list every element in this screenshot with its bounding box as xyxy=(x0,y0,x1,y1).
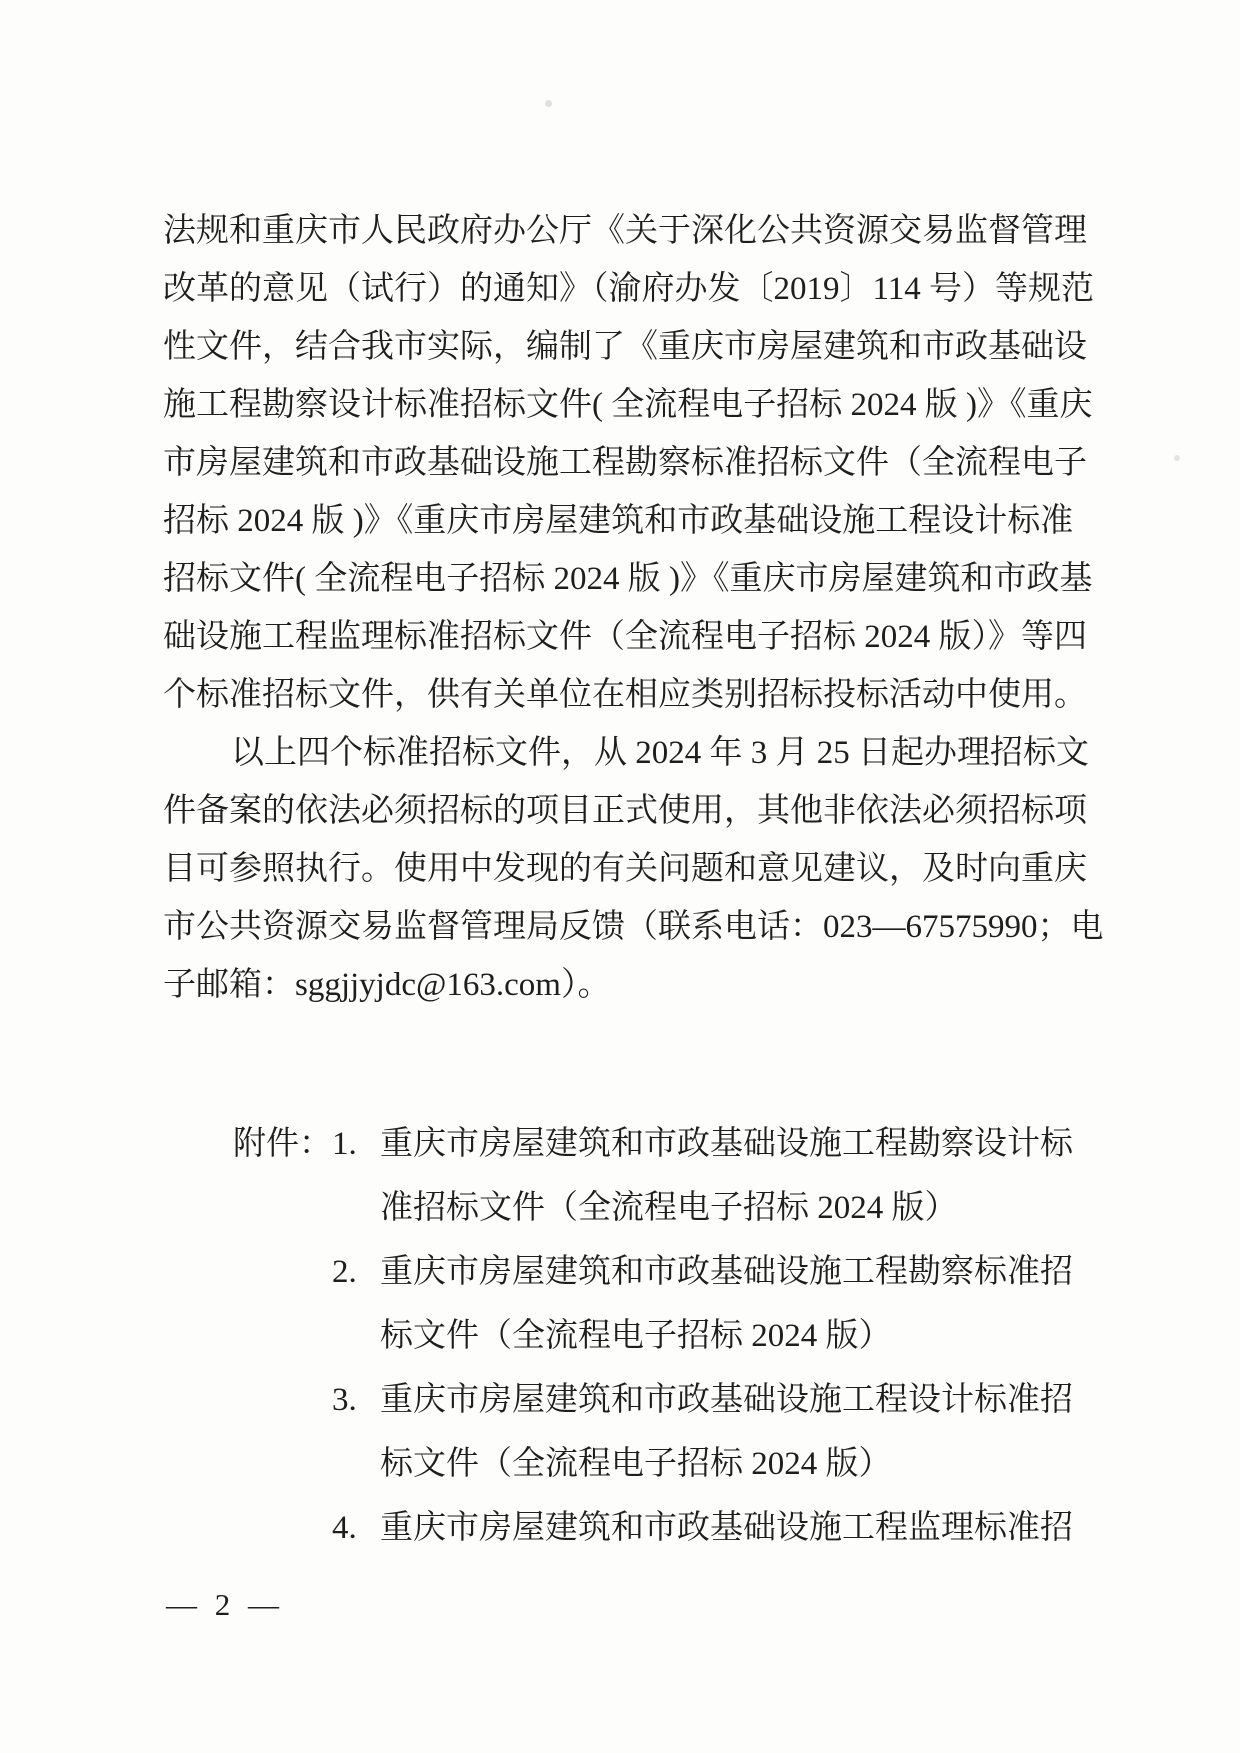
attachment-item: 2.重庆市房屋建筑和市政基础设施工程勘察标准招标文件（全流程电子招标 2024 … xyxy=(332,1240,1073,1368)
attachment-item-line: 准招标文件（全流程电子招标 2024 版） xyxy=(380,1176,1073,1240)
body-line: 招标文件( 全流程电子招标 2024 版 )》《重庆市房屋建筑和市政基 xyxy=(163,550,1113,608)
attachment-item-line: 重庆市房屋建筑和市政基础设施工程监理标准招 xyxy=(380,1496,1073,1560)
attachments-section: 附件： 1.重庆市房屋建筑和市政基础设施工程勘察设计标准招标文件（全流程电子招标… xyxy=(233,1112,1073,1560)
attachment-item-number: 2. xyxy=(332,1240,380,1304)
attachment-item-line: 重庆市房屋建筑和市政基础设施工程勘察标准招 xyxy=(380,1240,1073,1304)
body-line: 础设施工程监理标准招标文件（全流程电子招标 2024 版）》等四 xyxy=(163,608,1113,666)
document-body: 法规和重庆市人民政府办公厅《关于深化公共资源交易监督管理改革的意见（试行）的通知… xyxy=(163,202,1113,1014)
scan-speck xyxy=(545,100,552,107)
scan-speck xyxy=(1054,1148,1059,1153)
body-line: 市公共资源交易监督管理局反馈（联系电话：023—67575990；电 xyxy=(163,898,1113,956)
page-number: — 2 — xyxy=(166,1583,284,1627)
attachment-item-line: 标文件（全流程电子招标 2024 版） xyxy=(380,1432,1073,1496)
document-page: 法规和重庆市人民政府办公厅《关于深化公共资源交易监督管理改革的意见（试行）的通知… xyxy=(0,0,1240,1753)
body-line: 子邮箱：sggjjyjdc@163.com）。 xyxy=(163,956,1113,1014)
attachment-item-line: 重庆市房屋建筑和市政基础设施工程勘察设计标 xyxy=(380,1112,1073,1176)
attachment-item-lines: 重庆市房屋建筑和市政基础设施工程勘察标准招标文件（全流程电子招标 2024 版） xyxy=(380,1240,1073,1368)
attachment-item-number: 4. xyxy=(332,1496,380,1560)
body-line: 招标 2024 版 )》《重庆市房屋建筑和市政基础设施工程设计标准 xyxy=(163,492,1113,550)
attachment-item: 4.重庆市房屋建筑和市政基础设施工程监理标准招 xyxy=(332,1496,1073,1560)
body-line: 改革的意见（试行）的通知》（渝府办发〔2019〕114 号）等规范 xyxy=(163,260,1113,318)
attachment-item-number: 3. xyxy=(332,1368,380,1432)
body-line: 以上四个标准招标文件，从 2024 年 3 月 25 日起办理招标文 xyxy=(163,724,1113,782)
attachment-item-line: 重庆市房屋建筑和市政基础设施工程设计标准招 xyxy=(380,1368,1073,1432)
body-line: 市房屋建筑和市政基础设施工程勘察标准招标文件（全流程电子 xyxy=(163,434,1113,492)
attachment-item-line: 标文件（全流程电子招标 2024 版） xyxy=(380,1304,1073,1368)
attachment-item-lines: 重庆市房屋建筑和市政基础设施工程监理标准招 xyxy=(380,1496,1073,1560)
body-line: 件备案的依法必须招标的项目正式使用，其他非依法必须招标项 xyxy=(163,782,1113,840)
body-line: 目可参照执行。使用中发现的有关问题和意见建议，及时向重庆 xyxy=(163,840,1113,898)
attachment-item-lines: 重庆市房屋建筑和市政基础设施工程勘察设计标准招标文件（全流程电子招标 2024 … xyxy=(380,1112,1073,1240)
attachment-item-number: 1. xyxy=(332,1112,380,1176)
attachment-item: 3.重庆市房屋建筑和市政基础设施工程设计标准招标文件（全流程电子招标 2024 … xyxy=(332,1368,1073,1496)
body-line: 施工程勘察设计标准招标文件( 全流程电子招标 2024 版 )》《重庆 xyxy=(163,376,1113,434)
body-line: 个标准招标文件，供有关单位在相应类别招标投标活动中使用。 xyxy=(163,666,1113,724)
attachment-items: 1.重庆市房屋建筑和市政基础设施工程勘察设计标准招标文件（全流程电子招标 202… xyxy=(332,1112,1073,1560)
attachment-item-lines: 重庆市房屋建筑和市政基础设施工程设计标准招标文件（全流程电子招标 2024 版） xyxy=(380,1368,1073,1496)
attachment-item: 1.重庆市房屋建筑和市政基础设施工程勘察设计标准招标文件（全流程电子招标 202… xyxy=(332,1112,1073,1240)
body-line: 法规和重庆市人民政府办公厅《关于深化公共资源交易监督管理 xyxy=(163,202,1113,260)
body-line: 性文件，结合我市实际，编制了《重庆市房屋建筑和市政基础设 xyxy=(163,318,1113,376)
attachments-label: 附件： xyxy=(233,1112,332,1176)
scan-speck xyxy=(1174,455,1180,461)
